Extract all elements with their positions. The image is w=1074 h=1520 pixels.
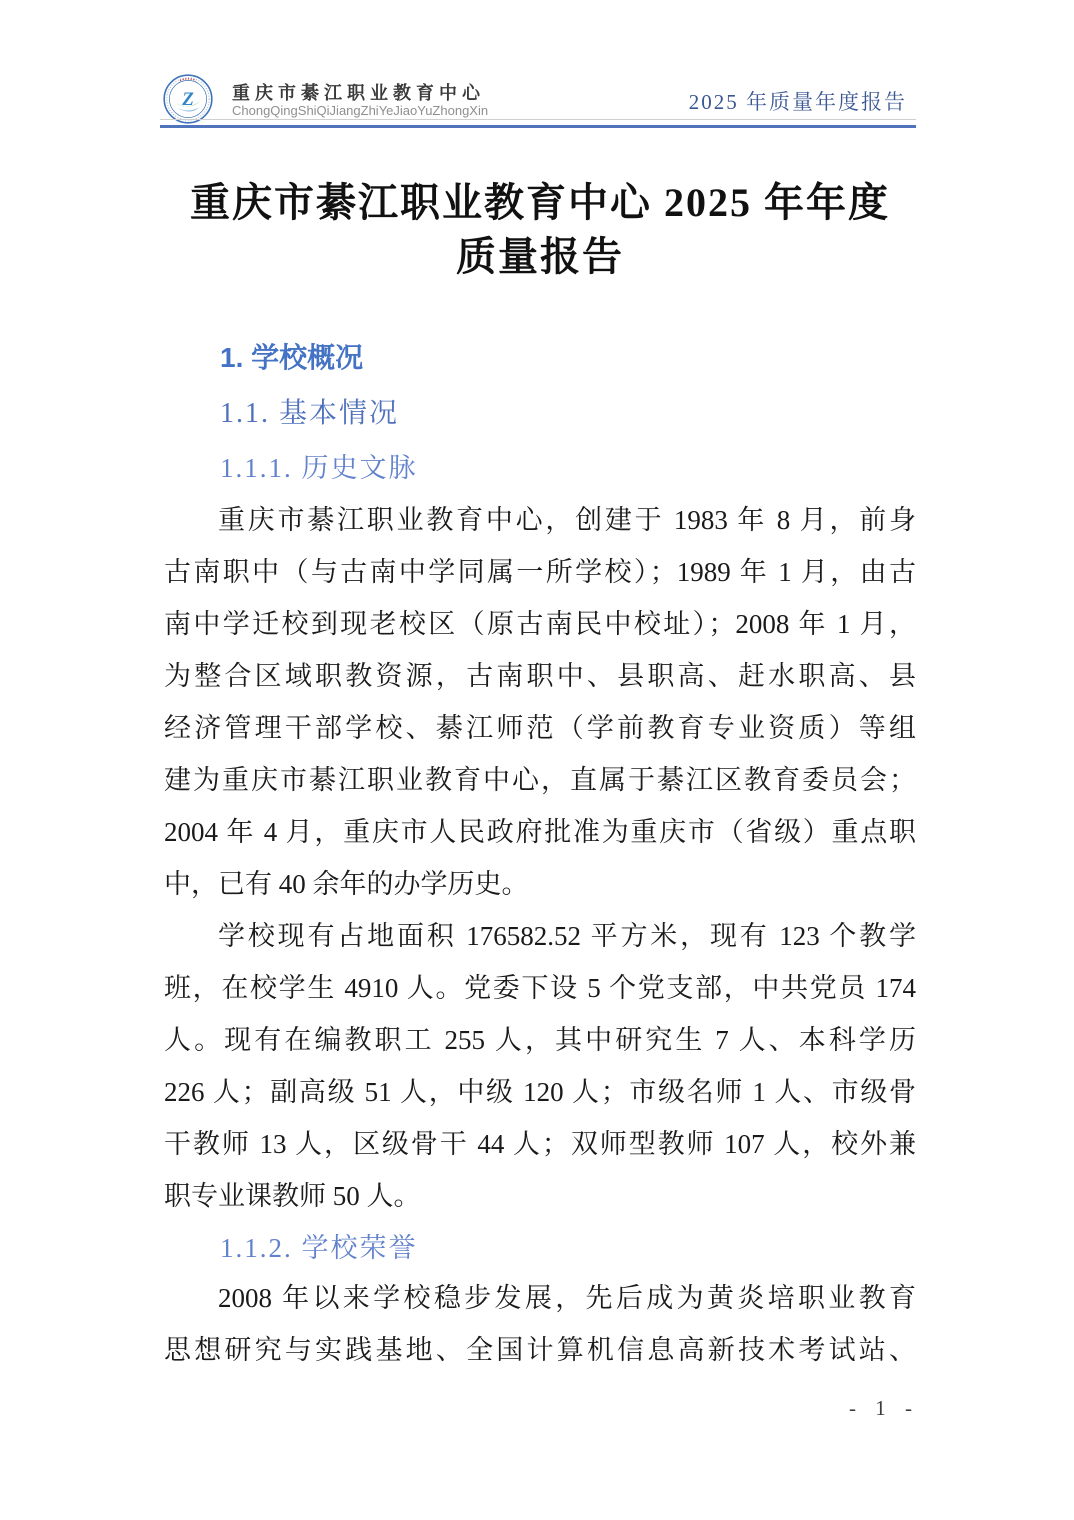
text-line: 古南职中（与古南中学同属一所学校）；1989 年 1 月，由古 (164, 546, 916, 598)
page-header: Z 重庆市綦江职业教育中心 ChongQingShiQiJiangZhiYeJi… (160, 0, 916, 128)
text-line: 重庆市綦江职业教育中心，创建于 1983 年 8 月，前身 (164, 494, 916, 546)
text-line: 班，在校学生 4910 人。党委下设 5 个党支部，中共党员 174 (164, 962, 916, 1014)
page-number: - 1 - (849, 1396, 914, 1421)
text-line: 学校现有占地面积 176582.52 平方米，现有 123 个教学 (164, 910, 916, 962)
header-rule-blue (160, 125, 916, 128)
logo-letter: Z (181, 89, 194, 110)
school-logo: Z (163, 74, 213, 124)
document-title-line1: 重庆市綦江职业教育中心 2025 年年度 (164, 176, 916, 230)
school-pinyin: ChongQingShiQiJiangZhiYeJiaoYuZhongXin (232, 104, 488, 118)
school-logo-icon: Z (163, 74, 213, 124)
school-name: 重庆市綦江职业教育中心 (232, 84, 488, 103)
text-line: 思想研究与实践基地、全国计算机信息高新技术考试站、 (164, 1324, 916, 1376)
document-title: 重庆市綦江职业教育中心 2025 年年度 质量报告 (164, 176, 916, 284)
header-rule-gray (160, 119, 916, 120)
text-line: 中，已有 40 余年的办学历史。 (164, 858, 916, 910)
text-line: 226 人；副高级 51 人，中级 120 人；市级名师 1 人、市级骨 (164, 1066, 916, 1118)
section-heading-1-1-2: 1.1.2. 学校荣誉 (164, 1230, 916, 1266)
text-line: 人。现有在编教职工 255 人，其中研究生 7 人、本科学历 (164, 1014, 916, 1066)
header-report-label: 2025 年质量年度报告 (689, 86, 907, 116)
document-body: 重庆市綦江职业教育中心 2025 年年度 质量报告 1. 学校概况 1.1. 基… (164, 176, 916, 1376)
paragraph-statistics: 学校现有占地面积 176582.52 平方米，现有 123 个教学班，在校学生 … (164, 910, 916, 1222)
text-line: 南中学迁校到现老校区（原古南民中校址）；2008 年 1 月， (164, 598, 916, 650)
text-line: 2008 年以来学校稳步发展，先后成为黄炎培职业教育 (164, 1272, 916, 1324)
document-title-line2: 质量报告 (164, 230, 916, 284)
text-line: 为整合区域职教资源，古南职中、县职高、赶水职高、县 (164, 650, 916, 702)
text-line: 干教师 13 人，区级骨干 44 人；双师型教师 107 人，校外兼 (164, 1118, 916, 1170)
section-heading-1-1-1: 1.1.1. 历史文脉 (164, 450, 916, 486)
paragraph-honors: 2008 年以来学校稳步发展，先后成为黄炎培职业教育思想研究与实践基地、全国计算… (164, 1272, 916, 1376)
text-line: 职专业课教师 50 人。 (164, 1170, 916, 1222)
document-page: Z 重庆市綦江职业教育中心 ChongQingShiQiJiangZhiYeJi… (0, 0, 1074, 1520)
section-heading-1: 1. 学校概况 (164, 340, 916, 376)
section-heading-1-1: 1.1. 基本情况 (164, 396, 916, 432)
school-brand: 重庆市綦江职业教育中心 ChongQingShiQiJiangZhiYeJiao… (232, 84, 488, 118)
text-line: 建为重庆市綦江职业教育中心，直属于綦江区教育委员会； (164, 754, 916, 806)
text-line: 经济管理干部学校、綦江师范（学前教育专业资质）等组 (164, 702, 916, 754)
paragraph-history: 重庆市綦江职业教育中心，创建于 1983 年 8 月，前身古南职中（与古南中学同… (164, 494, 916, 910)
text-line: 2004 年 4 月，重庆市人民政府批准为重庆市（省级）重点职 (164, 806, 916, 858)
